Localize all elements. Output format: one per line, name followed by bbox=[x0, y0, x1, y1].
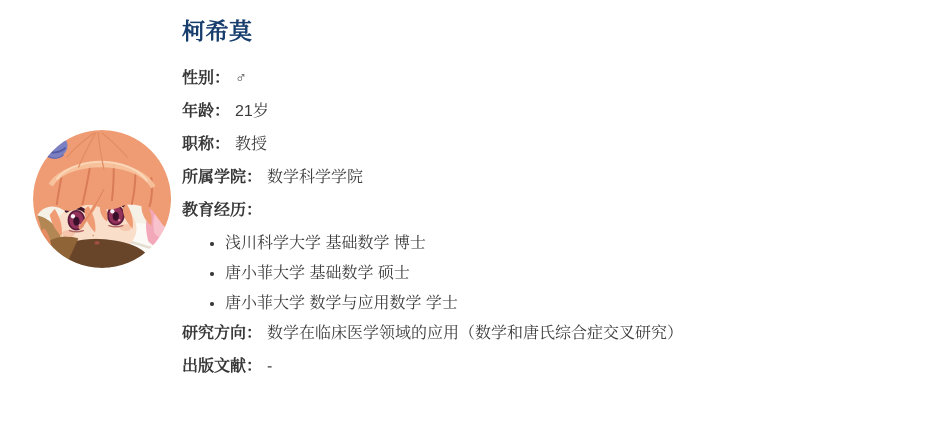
avatar-illustration bbox=[33, 130, 171, 268]
field-value-publications: - bbox=[267, 358, 272, 375]
field-label-age: 年龄： bbox=[182, 103, 230, 120]
education-list: 浅川科学大学 基础数学 博士 唐小菲大学 基础数学 硕士 唐小菲大学 数学与应用… bbox=[182, 235, 902, 312]
field-value-gender: ♂ bbox=[235, 70, 247, 87]
field-label-job-title: 职称： bbox=[182, 136, 230, 153]
field-label-research: 研究方向： bbox=[182, 325, 262, 342]
education-item: 唐小菲大学 基础数学 硕士 bbox=[225, 265, 902, 282]
education-item: 浅川科学大学 基础数学 博士 bbox=[225, 235, 902, 252]
field-value-research: 数学在临床医学领域的应用（数学和唐氏综合症交叉研究） bbox=[267, 325, 683, 342]
field-value-college: 数学科学学院 bbox=[267, 169, 363, 186]
field-publications: 出版文献：- bbox=[182, 358, 902, 375]
avatar bbox=[33, 130, 171, 268]
field-college: 所属学院：数学科学学院 bbox=[182, 169, 902, 186]
field-label-publications: 出版文献： bbox=[182, 358, 262, 375]
profile-page: 柯希莫 性别：♂ 年龄：21岁 职称：教授 所属学院：数学科学学院 教育经历： … bbox=[0, 0, 939, 422]
field-label-gender: 性别： bbox=[182, 70, 230, 87]
education-item: 唐小菲大学 数学与应用数学 学士 bbox=[225, 295, 902, 312]
field-label-education: 教育经历： bbox=[182, 202, 262, 219]
field-label-college: 所属学院： bbox=[182, 169, 262, 186]
field-research: 研究方向：数学在临床医学领域的应用（数学和唐氏综合症交叉研究） bbox=[182, 325, 902, 342]
field-value-job-title: 教授 bbox=[235, 136, 267, 153]
profile-content: 柯希莫 性别：♂ 年龄：21岁 职称：教授 所属学院：数学科学学院 教育经历： … bbox=[182, 0, 902, 391]
page-title: 柯希莫 bbox=[182, 18, 902, 44]
scrunchie bbox=[40, 134, 68, 158]
field-value-age: 21岁 bbox=[235, 103, 269, 120]
field-education-heading: 教育经历： bbox=[182, 202, 902, 219]
field-job-title: 职称：教授 bbox=[182, 136, 902, 153]
field-age: 年龄：21岁 bbox=[182, 103, 902, 120]
field-gender: 性别：♂ bbox=[182, 70, 902, 87]
